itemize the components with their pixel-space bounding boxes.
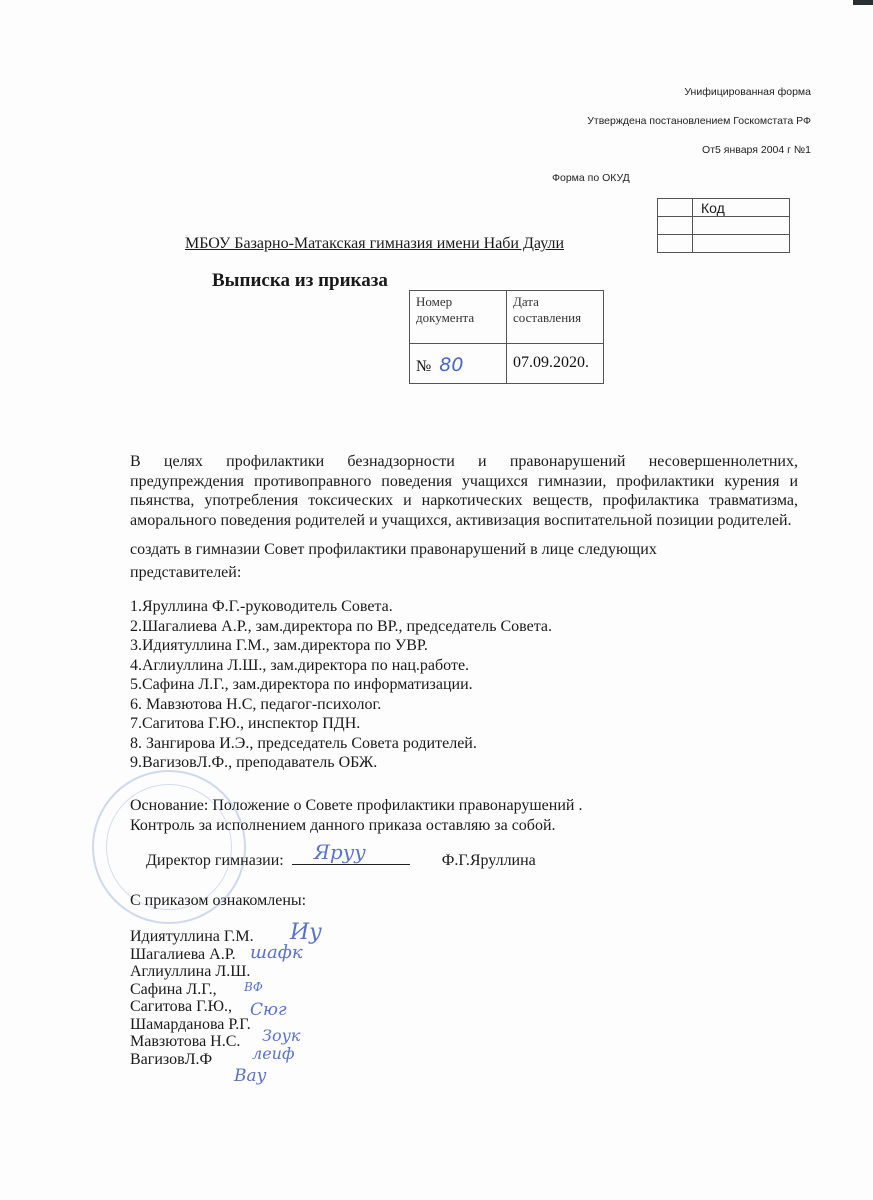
signature-blank: Яруу xyxy=(292,850,410,865)
member-item: 1.Яруллина Ф.Г.-руководитель Совета. xyxy=(130,597,552,617)
director-signature-line: Директор гимназии: Яруу Ф.Г.Яруллина xyxy=(146,850,536,870)
acknowledged-label: С приказом ознакомлены: xyxy=(130,892,306,910)
member-item: 3.Идиятуллина Г.М., зам.директора по УВР… xyxy=(130,636,552,656)
member-item: 4.Аглиуллина Л.Ш., зам.директора по нац.… xyxy=(130,656,552,676)
ack-item: Шагалиева А.Р. xyxy=(130,946,254,964)
council-members-list: 1.Яруллина Ф.Г.-руководитель Совета. 2.Ш… xyxy=(130,597,552,773)
ack-signature: Зоук xyxy=(262,1026,300,1045)
member-item: 2.Шагалиева А.Р., зам.директора по ВР., … xyxy=(130,617,552,637)
order-line-2: представителей: xyxy=(130,564,241,582)
code-cell xyxy=(693,235,790,253)
member-item: 7.Сагитова Г.Ю., инспектор ПДН. xyxy=(130,714,552,734)
doc-number-header: Номер документа xyxy=(410,291,507,344)
approved-by: Утверждена постановлением Госкомстата РФ xyxy=(587,115,811,127)
basis-line: Основание: Положение о Совете профилакти… xyxy=(130,797,582,815)
doc-number-cell: №80 xyxy=(410,344,507,384)
director-name: Ф.Г.Яруллина xyxy=(442,852,536,869)
member-item: 8. Зангирова И.Э., председатель Совета р… xyxy=(130,734,552,754)
okud-label: Форма по ОКУД xyxy=(552,172,630,184)
ack-item: Аглиуллина Л.Ш. xyxy=(130,963,254,981)
handwritten-number: 80 xyxy=(439,354,463,376)
code-header: Код xyxy=(693,199,790,217)
member-item: 6. Мавзютова Н.С, педагог-психолог. xyxy=(130,695,552,715)
member-item: 5.Сафина Л.Г., зам.директора по информат… xyxy=(130,675,552,695)
preamble-paragraph: В целях профилактики безнадзорности и пр… xyxy=(130,452,798,530)
acknowledged-list: Идиятуллина Г.М. Шагалиева А.Р. Аглиулли… xyxy=(130,928,254,1068)
ack-signature: леиф xyxy=(252,1044,294,1063)
ack-signature: шафк xyxy=(250,942,303,963)
scan-edge-mark xyxy=(853,0,873,5)
ack-signature: Сюг xyxy=(250,1000,287,1020)
control-line: Контроль за исполнением данного приказа … xyxy=(130,817,556,835)
code-cell xyxy=(693,217,790,235)
number-sign: № xyxy=(416,358,431,375)
doc-date-header: Дата составления xyxy=(507,291,604,344)
approved-date: От5 января 2004 г №1 xyxy=(702,144,811,156)
order-line-1: создать в гимназии Совет профилактики пр… xyxy=(130,541,657,559)
document-title: Выписка из приказа xyxy=(212,270,388,292)
ack-item: Шамарданова Р.Г. xyxy=(130,1016,254,1034)
code-table: Код xyxy=(657,198,790,253)
ack-item: Сафина Л.Г., xyxy=(130,981,254,999)
ack-item: Идиятуллина Г.М. xyxy=(130,928,254,946)
director-label: Директор гимназии: xyxy=(146,852,284,869)
doc-date-cell: 07.09.2020. xyxy=(507,344,604,384)
ack-item: Сагитова Г.Ю., xyxy=(130,998,254,1016)
form-type: Унифицированная форма xyxy=(684,86,811,98)
member-item: 9.ВагизовЛ.Ф., преподаватель ОБЖ. xyxy=(130,753,552,773)
director-signature: Яруу xyxy=(314,840,366,864)
organization-name: МБОУ Базарно-Матакская гимназия имени На… xyxy=(185,235,564,253)
ack-signature: Вау xyxy=(234,1066,267,1086)
ack-signature: ВФ xyxy=(244,980,263,994)
ack-item: Мавзютова Н.С. xyxy=(130,1033,254,1051)
document-number-table: Номер документа Дата составления №80 07.… xyxy=(409,290,604,384)
